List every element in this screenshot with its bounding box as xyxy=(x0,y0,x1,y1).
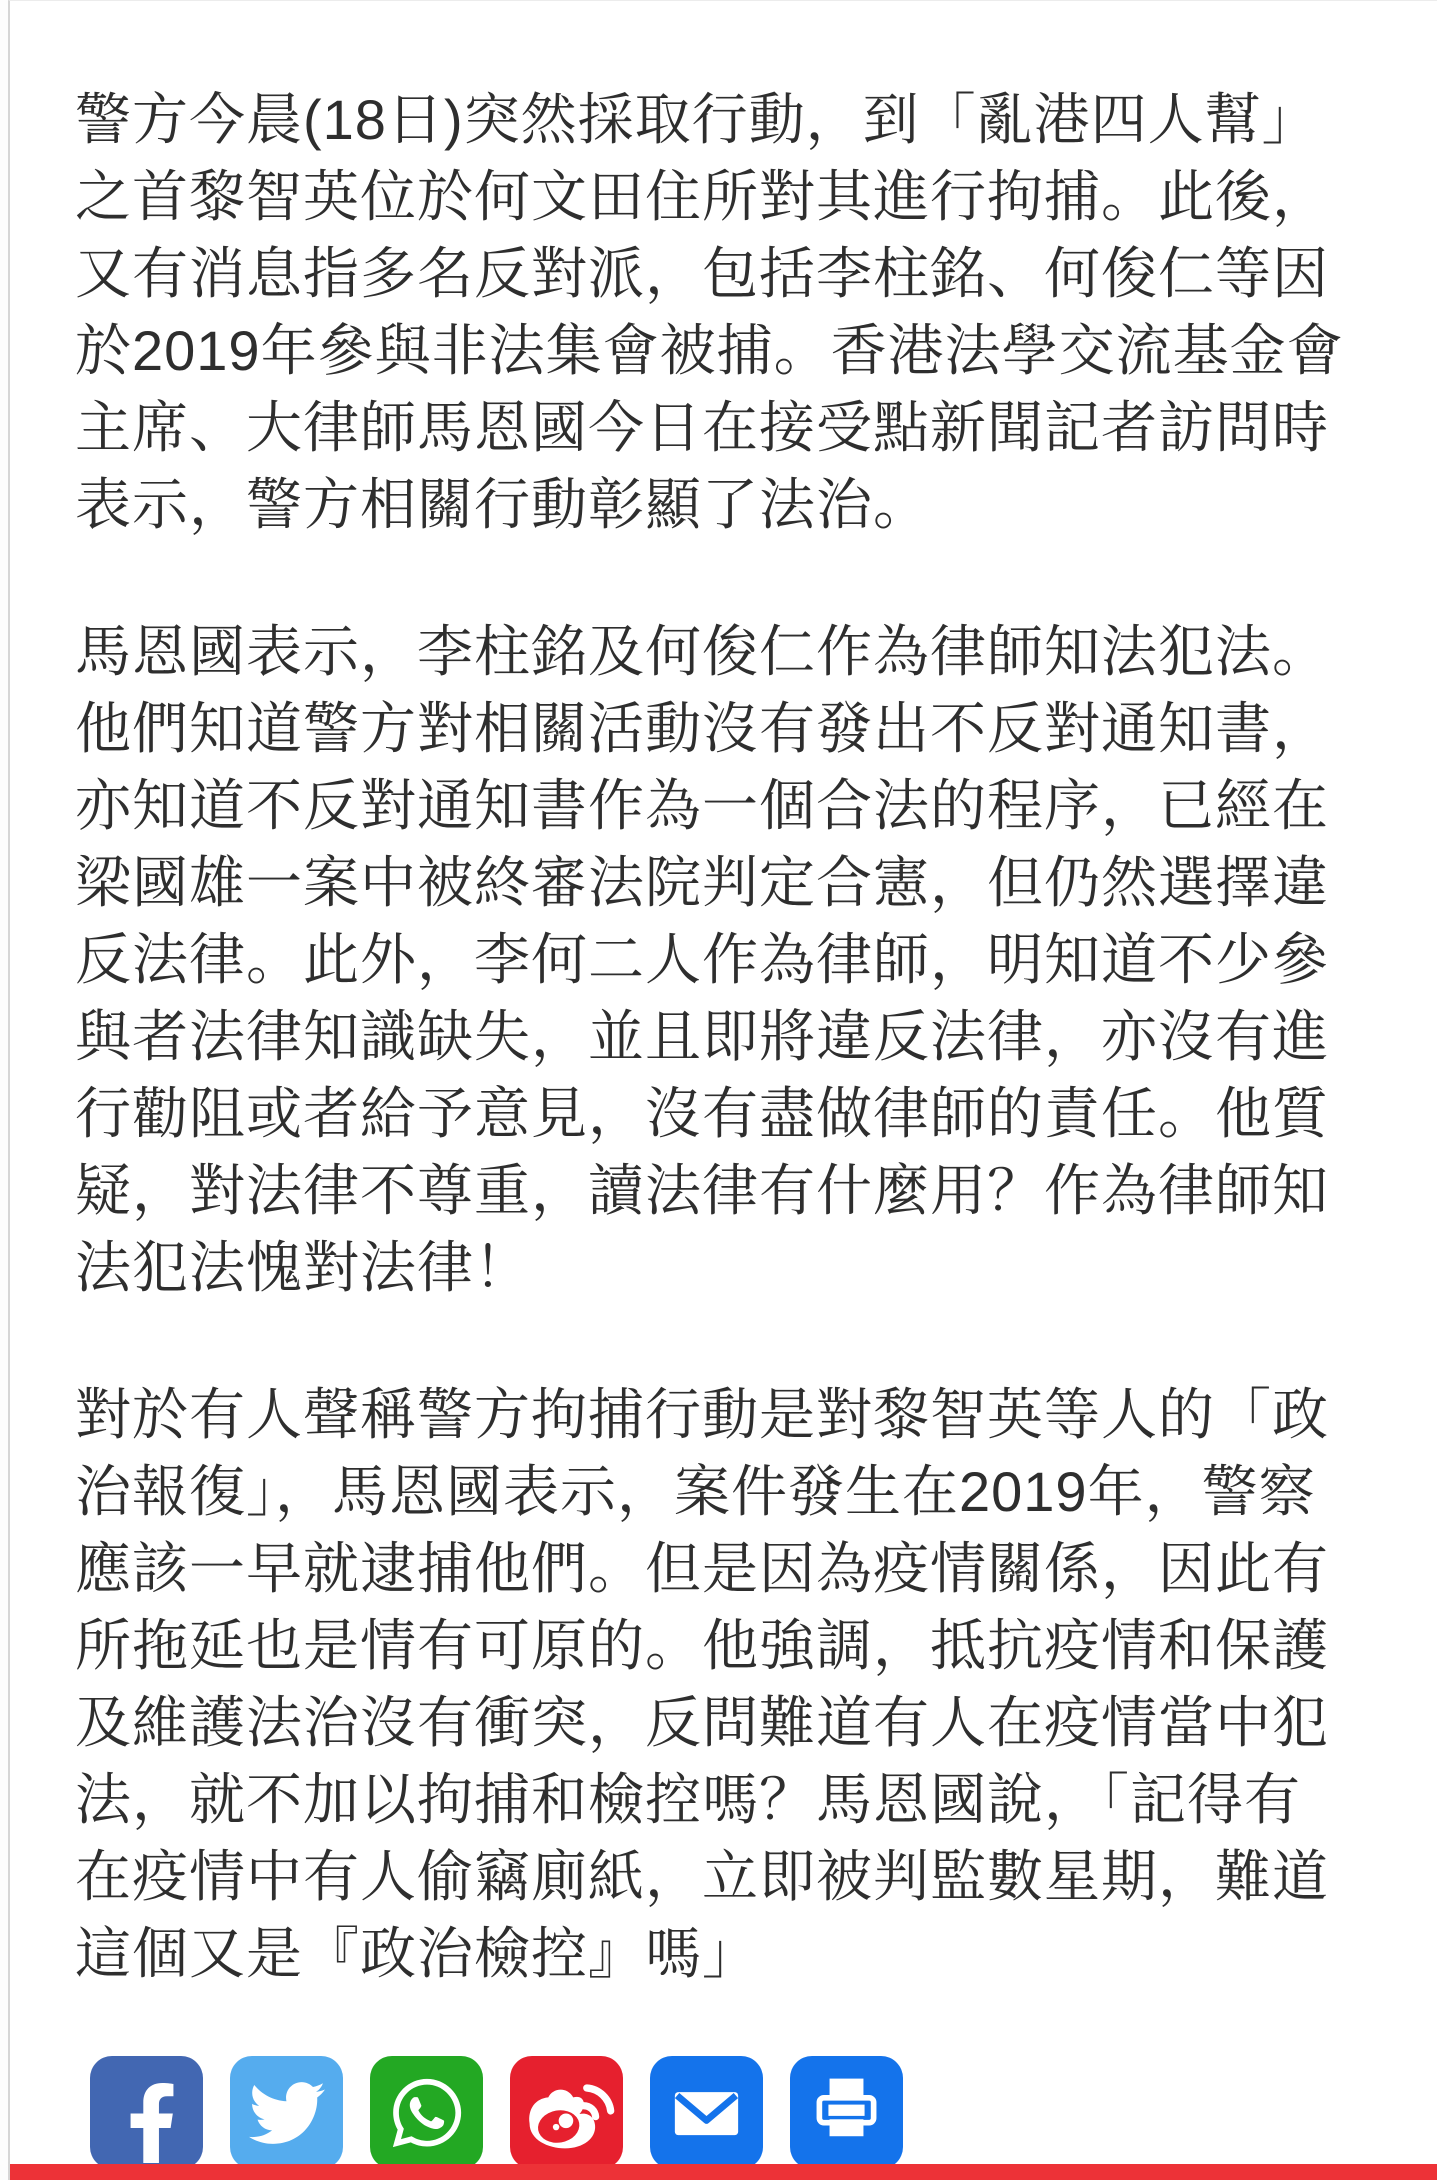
weibo-share-button[interactable] xyxy=(510,2056,623,2169)
print-share-button[interactable] xyxy=(790,2056,903,2169)
twitter-share-button[interactable] xyxy=(230,2056,343,2169)
print-icon xyxy=(790,2056,903,2169)
email-icon xyxy=(650,2056,763,2169)
article-paragraph: 對於有人聲稱警方拘捕行動是對黎智英等人的「政治報復」，馬恩國表示，案件發生在20… xyxy=(75,1376,1355,1992)
article-body: 警方今晨(18日)突然採取行動，到「亂港四人幫」之首黎智英位於何文田住所對其進行… xyxy=(10,1,1437,1992)
article-paragraph: 馬恩國表示，李柱銘及何俊仁作為律師知法犯法。他們知道警方對相關活動沒有發出不反對… xyxy=(75,613,1355,1306)
email-share-button[interactable] xyxy=(650,2056,763,2169)
share-bar xyxy=(90,2056,1437,2169)
whatsapp-icon xyxy=(388,2074,466,2152)
page-viewport: 警方今晨(18日)突然採取行動，到「亂港四人幫」之首黎智英位於何文田住所對其進行… xyxy=(0,0,1437,2180)
article-paragraph: 警方今晨(18日)突然採取行動，到「亂港四人幫」之首黎智英位於何文田住所對其進行… xyxy=(75,81,1355,543)
facebook-share-button[interactable] xyxy=(90,2056,203,2169)
article-page: 警方今晨(18日)突然採取行動，到「亂港四人幫」之首黎智英位於何文田住所對其進行… xyxy=(8,0,1437,2180)
weibo-icon xyxy=(515,2061,619,2165)
twitter-icon xyxy=(249,2075,325,2151)
footer-accent-bar xyxy=(10,2164,1437,2180)
whatsapp-share-button[interactable] xyxy=(370,2056,483,2169)
facebook-icon xyxy=(127,2077,177,2169)
